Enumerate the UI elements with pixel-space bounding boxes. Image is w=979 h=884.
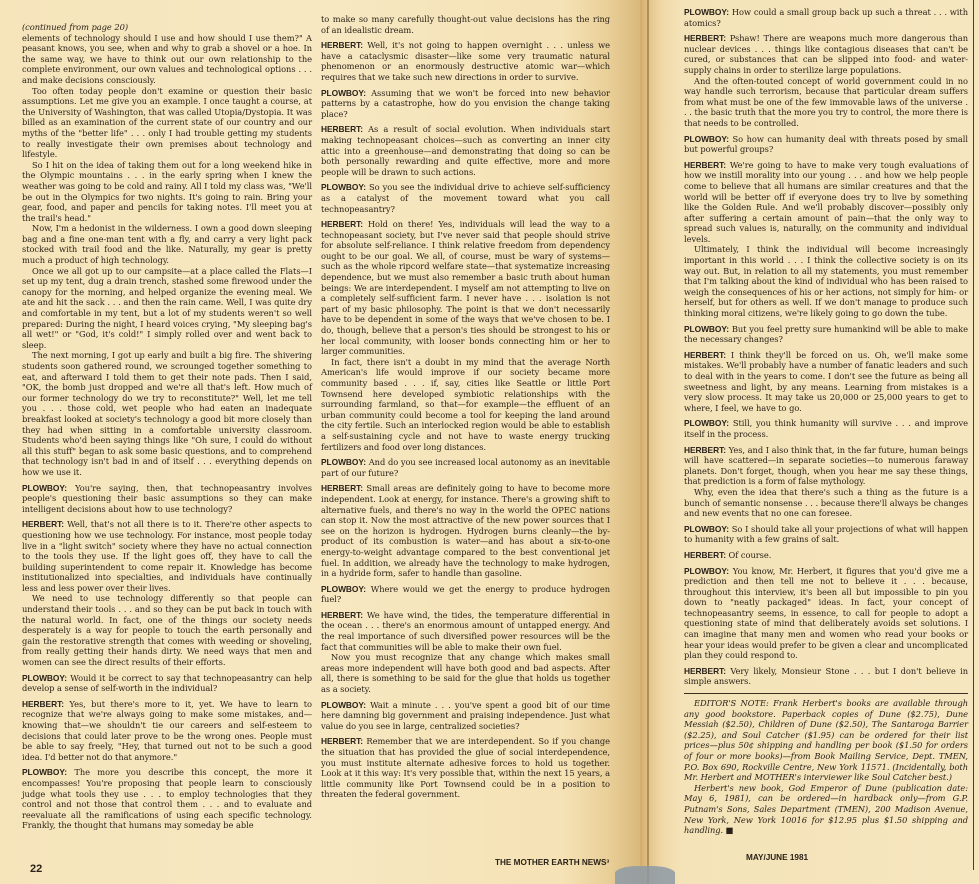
speaker-label: HERBERT: xyxy=(684,550,726,560)
speaker-label: PLOWBOY: xyxy=(684,324,729,334)
speaker-label: HERBERT: xyxy=(321,483,363,493)
editors-note: EDITOR'S NOTE: Frank Herbert's books are… xyxy=(684,698,968,783)
interview-answer: HERBERT: Hold on there! Yes, individuals… xyxy=(321,219,610,357)
speaker-label: PLOWBOY: xyxy=(321,88,366,98)
interview-question: PLOWBOY: But you feel pretty sure humank… xyxy=(684,324,968,345)
speaker-label: HERBERT: xyxy=(321,736,363,746)
interview-answer: HERBERT: Remember that we are interdepen… xyxy=(321,736,610,800)
paragraph: Now, I'm a hedonist in the wilderness. I… xyxy=(22,223,312,265)
paragraph: Ultimately, I think the individual will … xyxy=(684,244,968,318)
speaker-label: PLOWBOY: xyxy=(684,524,729,534)
speaker-label: PLOWBOY: xyxy=(321,700,366,710)
continued-note: (continued from page 20) xyxy=(22,22,312,33)
speaker-label: HERBERT: xyxy=(684,33,726,43)
interview-answer: HERBERT: Very likely, Monsieur Stone . .… xyxy=(684,666,968,687)
speaker-label: PLOWBOY: xyxy=(22,483,67,493)
interview-answer: HERBERT: Yes, and I also think that, in … xyxy=(684,445,968,487)
paragraph: In fact, there isn't a doubt in my mind … xyxy=(321,357,610,452)
speaker-label: PLOWBOY: xyxy=(321,584,366,594)
speaker-label: PLOWBOY: xyxy=(321,182,366,192)
interview-answer: HERBERT: Well, it's not going to happen … xyxy=(321,40,610,82)
speaker-label: PLOWBOY: xyxy=(22,767,67,777)
magazine-title-footer: THE MOTHER EARTH NEWS³ xyxy=(495,858,609,867)
interview-question: PLOWBOY: You know, Mr. Herbert, it figur… xyxy=(684,566,968,661)
speaker-label: HERBERT: xyxy=(22,519,64,529)
page-number: 22 xyxy=(30,863,42,875)
interview-answer: HERBERT: We have wind, the tides, the te… xyxy=(321,610,610,652)
paragraph: The next morning, I got up early and bui… xyxy=(22,350,312,477)
paragraph: to make so many carefully thought-out va… xyxy=(321,14,610,35)
speaker-label: HERBERT: xyxy=(684,666,726,676)
interview-question: PLOWBOY: So you see the individual drive… xyxy=(321,182,610,214)
interview-answer: HERBERT: Well, that's not all there is t… xyxy=(22,519,312,593)
interview-question: PLOWBOY: Assuming that we won't be force… xyxy=(321,88,610,120)
speaker-label: HERBERT: xyxy=(321,40,363,50)
interview-answer: HERBERT: Pshaw! There are weapons much m… xyxy=(684,33,968,75)
speaker-label: HERBERT: xyxy=(321,610,363,620)
speaker-label: PLOWBOY: xyxy=(684,418,729,428)
paragraph: Once we all got up to our campsite—at a … xyxy=(22,266,312,351)
interview-answer: HERBERT: We're going to have to make ver… xyxy=(684,160,968,245)
left-page-column-2: to make so many carefully thought-out va… xyxy=(321,14,610,800)
interview-question: PLOWBOY: So I should take all your proje… xyxy=(684,524,968,545)
speaker-label: PLOWBOY: xyxy=(22,673,67,683)
interview-question: PLOWBOY: Still, you think humanity will … xyxy=(684,418,968,439)
speaker-label: HERBERT: xyxy=(321,124,363,134)
speaker-label: HERBERT: xyxy=(321,219,363,229)
interview-answer: HERBERT: Yes, but there's more to it, ye… xyxy=(22,699,312,763)
editor-note-divider xyxy=(684,693,968,694)
speaker-label: HERBERT: xyxy=(22,699,64,709)
paragraph: Now you must recognize that any change w… xyxy=(321,652,610,694)
interview-question: PLOWBOY: So how can humanity deal with t… xyxy=(684,134,968,155)
interview-answer: HERBERT: Small areas are definitely goin… xyxy=(321,483,610,578)
paragraph: Too often today people don't examine or … xyxy=(22,86,312,160)
speaker-label: HERBERT: xyxy=(684,445,726,455)
paragraph: elements of technology should I use and … xyxy=(22,33,312,86)
paragraph: We need to use technology differently so… xyxy=(22,593,312,667)
speaker-label: PLOWBOY: xyxy=(684,134,729,144)
left-page-column-1: (continued from page 20) elements of tec… xyxy=(22,22,312,831)
interview-answer: HERBERT: Of course. xyxy=(684,550,968,561)
interview-question: PLOWBOY: How could a small group back up… xyxy=(684,7,968,28)
interview-question: PLOWBOY: Wait a minute . . . you've spen… xyxy=(321,700,610,732)
speaker-label: PLOWBOY: xyxy=(321,457,366,467)
gutter-fold xyxy=(647,0,649,884)
interview-answer: HERBERT: As a result of social evolution… xyxy=(321,124,610,177)
paragraph: And the often-touted concept of world go… xyxy=(684,76,968,129)
interview-question: PLOWBOY: And do you see increased local … xyxy=(321,457,610,478)
interview-question: PLOWBOY: The more you describe this conc… xyxy=(22,767,312,831)
speaker-label: HERBERT: xyxy=(684,160,726,170)
speaker-label: HERBERT: xyxy=(684,350,726,360)
interview-question: PLOWBOY: You're saying, then, that techn… xyxy=(22,483,312,515)
interview-answer: HERBERT: I think they'll be forced on us… xyxy=(684,350,968,414)
interview-question: PLOWBOY: Where would we get the energy t… xyxy=(321,584,610,605)
right-page-column: PLOWBOY: How could a small group back up… xyxy=(684,7,968,836)
issue-date-footer: MAY/JUNE 1981 xyxy=(746,853,808,862)
paragraph: So I hit on the idea of taking them out … xyxy=(22,160,312,224)
interview-question: PLOWBOY: Would it be correct to say that… xyxy=(22,673,312,694)
paragraph: Why, even the idea that there's such a t… xyxy=(684,487,968,519)
page-corner-shadow xyxy=(615,866,675,884)
speaker-label: PLOWBOY: xyxy=(684,7,729,17)
speaker-label: PLOWBOY: xyxy=(684,566,729,576)
editors-note: Herbert's new book, God Emperor of Dune … xyxy=(684,783,968,836)
right-column-rule xyxy=(973,0,974,870)
magazine-spread: (continued from page 20) elements of tec… xyxy=(0,0,979,884)
